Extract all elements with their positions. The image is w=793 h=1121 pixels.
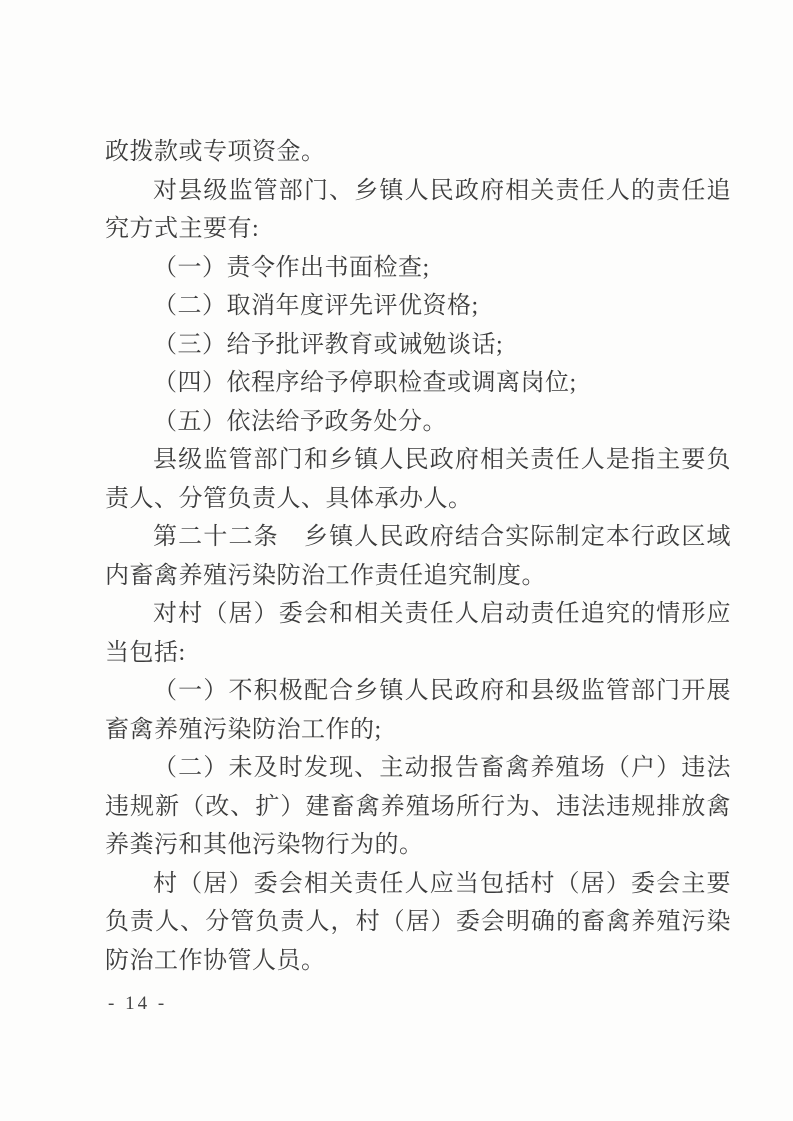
village-list-item-1: （一）不积极配合乡镇人民政府和县级监管部门开展畜禽养殖污染防治工作的; <box>105 672 731 749</box>
list-item-3: （三）给予批评教育或诫勉谈话; <box>105 326 731 365</box>
paragraph-village-committee-intro: 对村（居）委会和相关责任人启动责任追究的情形应当包括: <box>105 595 731 672</box>
list-item-5: （五）依法给予政务处分。 <box>105 403 731 442</box>
document-page: 政拨款或专项资金。 对县级监管部门、乡镇人民政府相关责任人的责任追究方式主要有:… <box>0 0 793 1121</box>
paragraph-accountability-methods-intro: 对县级监管部门、乡镇人民政府相关责任人的责任追究方式主要有: <box>105 172 731 249</box>
paragraph-article-22: 第二十二条 乡镇人民政府结合实际制定本行政区域内畜禽养殖污染防治工作责任追究制度… <box>105 518 731 595</box>
list-item-1: （一）责令作出书面检查; <box>105 249 731 288</box>
document-body: 政拨款或专项资金。 对县级监管部门、乡镇人民政府相关责任人的责任追究方式主要有:… <box>105 133 731 980</box>
paragraph-village-responsible-persons: 村（居）委会相关责任人应当包括村（居）委会主要负责人、分管负责人，村（居）委会明… <box>105 865 731 981</box>
list-item-4: （四）依程序给予停职检查或调离岗位; <box>105 364 731 403</box>
paragraph-continuation: 政拨款或专项资金。 <box>105 133 731 172</box>
village-list-item-2: （二）未及时发现、主动报告畜禽养殖场（户）违法违规新（改、扩）建畜禽养殖场所行为… <box>105 749 731 865</box>
page-number: - 14 - <box>108 993 167 1015</box>
paragraph-responsible-persons: 县级监管部门和乡镇人民政府相关责任人是指主要负责人、分管负责人、具体承办人。 <box>105 441 731 518</box>
list-item-2: （二）取消年度评先评优资格; <box>105 287 731 326</box>
